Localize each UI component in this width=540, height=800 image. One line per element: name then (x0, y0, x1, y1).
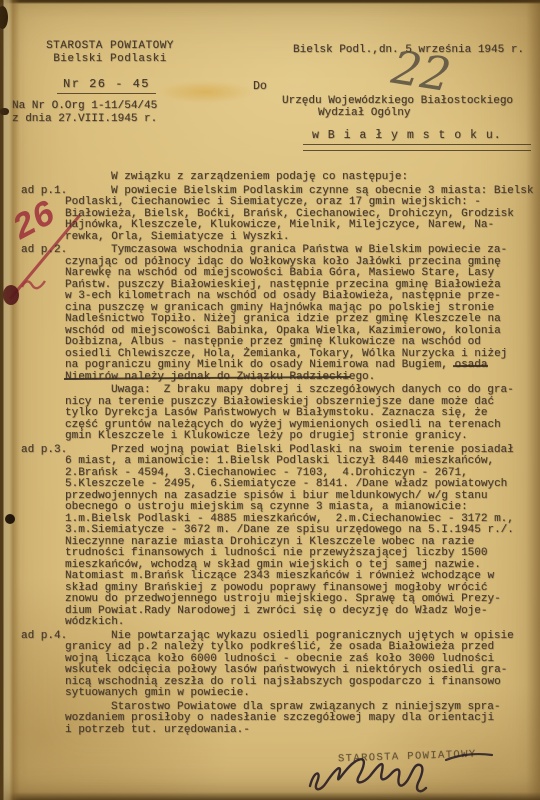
text-segment: Białowieża, Bielsk, Boćki, Brańsk, Ciech… (65, 208, 514, 220)
office-name-line1: STAROSTA POWIATOWY (30, 40, 190, 53)
text-segment: 6 miast, a mianowicie: 1.Bielsk Podlaski… (65, 455, 494, 467)
text-segment: przedwojennych na zasadzie spisów i biur… (65, 490, 487, 502)
text-segment: nicy na terenie puszczy Białowieskiej ob… (65, 396, 494, 408)
text-segment: Nie powtarzając wykazu osiedli pogranicz… (111, 630, 514, 642)
reference-number: Nr 26 - 45 (57, 77, 156, 94)
ink-blot (3, 285, 19, 305)
text-segment: mieszkańców, wchodzą w skład gmin wiejsk… (65, 559, 481, 571)
in-reply-to-line1: Na Nr O.Org 1-11/54/45 (12, 100, 157, 113)
signature-dash (446, 754, 492, 760)
paragraph-marker: ad p.4. (21, 631, 67, 643)
text-segment: rewka, Orla, Siemiatycze i Wyszki. (65, 231, 289, 243)
handwritten-page-number: 22 (388, 40, 454, 102)
text-segment: Podlaski, Ciechanowiec i Siemiatycze, or… (65, 196, 481, 208)
signature-stroke (310, 759, 426, 791)
ink-dot (5, 514, 15, 524)
paragraph: Uwaga: Z braku mapy dobrej i szczegółowy… (65, 385, 531, 443)
in-reply-to-line2: z dnia 27.VIII.1945 r. (12, 113, 157, 126)
struck-text: osada (454, 359, 487, 371)
document-page: STAROSTA POWIATOWY Bielski Podlaski Nr 2… (0, 0, 540, 800)
text-line: gmin Kleszczele i Klukowicze leży po dru… (65, 431, 531, 443)
text-segment: 3.m.Siemiatycze - 3672 m. /Dane ze spisu… (65, 524, 514, 536)
text-segment: Starostwo Powiatowe dla spraw związanych… (111, 701, 500, 713)
text-segment: osiedli Chlewiszcze, Hola, Żemianka, Tok… (65, 348, 507, 360)
text-segment: Przed wojną powiat Bielski Podlaski na s… (111, 444, 514, 456)
paragraph: W związku z zarządzeniem podaję co nastę… (65, 172, 531, 184)
text-line: Niemirów należy jednak do Związku Radzie… (65, 372, 531, 384)
paragraph-marker: ad p.1. (21, 186, 67, 198)
red-scribble (22, 281, 45, 288)
red-number-text: 26 (6, 193, 63, 249)
paragraph: ad p.3.Przed wojną powiat Bielski Podlas… (65, 445, 531, 629)
text-segment: sytuowanych gmin w powiecie. (65, 687, 250, 699)
text-segment: obecnego o ustroju miejskim są czynne 3 … (65, 501, 468, 513)
text-segment: 1.m.Bielsk Podlaski - 4885 mieszkańców, … (65, 513, 514, 525)
text-segment: dium Powiat.Rady Narodowej i zwróci się … (65, 605, 487, 617)
text-segment: znowu do przedwojennego ustroju miejskie… (65, 593, 501, 605)
text-segment: granicy ad p.2 należy tylko podkreślić, … (65, 641, 494, 653)
text-segment: na pograniczu gminy Mielnik do osady Nie… (65, 359, 454, 371)
text-segment: wschód od miejscowości Babinka, Opaka Wi… (65, 325, 501, 337)
text-segment: trudności finansowych i ludności nie prz… (65, 547, 487, 559)
scan-edge-blot-top (0, 6, 8, 29)
city-double-underline (303, 144, 531, 151)
body-paragraphs: W związku z zarządzeniem podaję co nastę… (65, 172, 531, 738)
addressee-city: w B i a ł y m s t o k u. (312, 129, 502, 142)
text-segment: Hajnówka, Kleszczele, Klukowicze, Mielni… (65, 219, 494, 231)
in-reply-to-block: Na Nr O.Org 1-11/54/45 z dnia 27.VIII.19… (12, 100, 157, 125)
text-segment: Uwaga: Z braku mapy dobrej i szczegółowy… (111, 384, 514, 396)
text-segment: część gruntów należących do wyżej wymien… (65, 419, 501, 431)
text-segment: W powiecie Bielskim Podlaskim czynne są … (111, 185, 540, 197)
scan-edge-blot-small (0, 108, 9, 115)
text-line: wódzkich. (65, 617, 531, 629)
text-segment: 2.Brańsk - 4594, 3.Ciechanowiec - 7103, … (65, 467, 468, 479)
text-segment: cina puszczę w granicach gminy Hajnówka … (65, 302, 494, 314)
text-segment: W związku z zarządzeniem podaję co nastę… (111, 171, 408, 183)
text-segment: Natomiast m.Brańsk liczące 2343 mieszkań… (65, 570, 494, 582)
text-segment: Dołbizna, Albus - następnie przez gminę … (65, 336, 481, 348)
text-segment: i potrzeb tut. urzędowania.- (65, 724, 250, 736)
paragraph: ad p.1.W powiecie Bielskim Podlaskim czy… (65, 186, 531, 244)
office-name-line2: Bielski Podlaski (30, 53, 190, 66)
paragraph-marker: ad p.3. (21, 445, 67, 457)
text-segment: Nadleśnictwo Topiło. Niżej granica idzie… (65, 313, 501, 325)
text-line: W związku z zarządzeniem podaję co nastę… (65, 172, 531, 184)
handwritten-signature (278, 728, 528, 798)
text-segment: Tymczasowa wschodnia granica Państwa w B… (111, 244, 507, 256)
text-segment: Nieczynne narazie miasta Drohiczyn i Kle… (65, 536, 474, 548)
text-segment: w 3-ech kilometrach na wschód od osady B… (65, 290, 501, 302)
text-line: dium Powiat.Rady Narodowej i zwróci się … (65, 606, 531, 618)
text-line: sytuowanych gmin w powiecie. (65, 688, 531, 700)
addressee-department: Wydział Ogólny (318, 107, 410, 119)
issuing-office-block: STAROSTA POWIATOWY Bielski Podlaski (30, 40, 190, 66)
addressee-office: Urzędu Wojewódzkiego Białostockiego (282, 95, 513, 107)
text-segment: wojną licząca koło 6000 ludności - obecn… (65, 653, 494, 665)
text-segment: Narewkę na wschód od miejscowości Babia … (65, 267, 494, 279)
text-segment: skład gminy Brańskiej z powodu poprawy f… (65, 582, 487, 594)
text-segment: gmin Kleszczele i Klukowicze leży po dru… (65, 430, 468, 442)
paragraph: ad p.4.Nie powtarzając wykazu osiedli po… (65, 631, 531, 700)
to-label: Do (253, 80, 267, 93)
text-line: rewka, Orla, Siemiatycze i Wyszki. (65, 232, 531, 244)
struck-text: Niemirów należy jednak do Związku Radzie… (65, 371, 349, 383)
text-segment: wozdaniem prosiłoby o nadesłanie szczegó… (65, 712, 494, 724)
text-line: na pograniczu gminy Mielnik do osady Nie… (65, 360, 531, 372)
text-segment: wódzkich. (65, 616, 124, 628)
paragraph-marker: ad p.2. (21, 245, 67, 257)
text-segment: tylko Dyrekcja Lasów Państwowych w Biały… (65, 407, 487, 419)
text-segment: wskutek odcięcia połowy lasów państwowyc… (65, 664, 507, 676)
paragraph: ad p.2.Tymczasowa wschodnia granica Pańs… (65, 245, 531, 383)
text-segment: 5.Kleszczele - 2495, 6.Siemiatycze - 814… (65, 478, 507, 490)
text-segment: ego. (349, 371, 375, 383)
text-segment: nicą wschodnią zeszła do roli najsłabszy… (65, 676, 501, 688)
text-segment: Państw. puszczy Białowieskiej, następnie… (65, 279, 501, 291)
text-segment: czynając od północy idąc do Wołkowyska k… (65, 256, 501, 268)
